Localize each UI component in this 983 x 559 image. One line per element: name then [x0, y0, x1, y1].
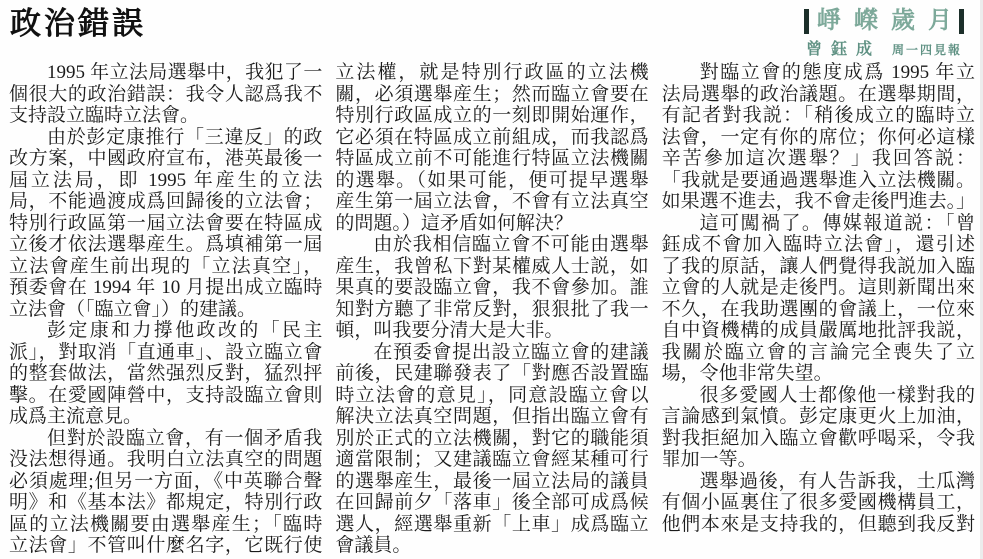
article-paragraph: 在預委會提出設立臨立會的建議前後，民建聯發表了「對應否設置臨時立法會的意見」，同… [335, 342, 648, 557]
article-paragraph: 彭定康和力撐他政改的「民主派」，對取消「直通車」、設立臨立會的整套做法，當然强烈… [9, 320, 322, 428]
article-body: 1995 年立法局選舉中，我犯了一個很大的政治錯誤：我令人認爲我不支持設立臨時立… [9, 62, 975, 558]
newspaper-page: 政治錯誤 崢嶸歲月 曾鈺成 周一四見報 1995 年立法局選舉中，我犯了一個很大… [0, 0, 983, 559]
article-paragraph: 很多愛國人士都像他一樣對我的言論感到氣憤。彭定康更火上加油，對我拒絕加入臨立會歡… [662, 385, 975, 471]
column-masthead: 崢嶸歲月 曾鈺成 周一四見報 [804, 8, 964, 59]
author-name: 曾鈺成 [806, 36, 881, 59]
article-paragraph: 由於我相信臨立會不可能由選舉産生，我曾私下對某權威人士説，如果真的要設臨立會，我… [335, 234, 648, 342]
masthead-left-bar-icon [804, 9, 809, 34]
masthead-title-row: 崢嶸歲月 [804, 8, 964, 34]
article-paragraph: 這可闖禍了。傳媒報道説：「曾鈺成不會加入臨時立法會」，還引述了我的原話，讓人們覺… [662, 213, 975, 385]
column-title: 崢嶸歲月 [817, 8, 965, 34]
article-title: 政治錯誤 [10, 4, 146, 44]
article-paragraph: 對臨立會的態度成爲 1995 年立法局選舉的政治議題。在選舉期間，有記者對我説：… [662, 62, 975, 213]
article-paragraph: 1995 年立法局選舉中，我犯了一個很大的政治錯誤：我令人認爲我不支持設立臨時立… [9, 62, 322, 127]
publication-schedule: 周一四見報 [892, 41, 962, 58]
article-paragraph: 由於彭定康推行「三違反」的政改方案，中國政府宣布，港英最後一屆立法局，即 199… [9, 127, 322, 321]
masthead-right-bar-icon [959, 9, 964, 34]
page-header: 政治錯誤 崢嶸歲月 曾鈺成 周一四見報 [10, 4, 964, 59]
byline-row: 曾鈺成 周一四見報 [804, 36, 964, 59]
